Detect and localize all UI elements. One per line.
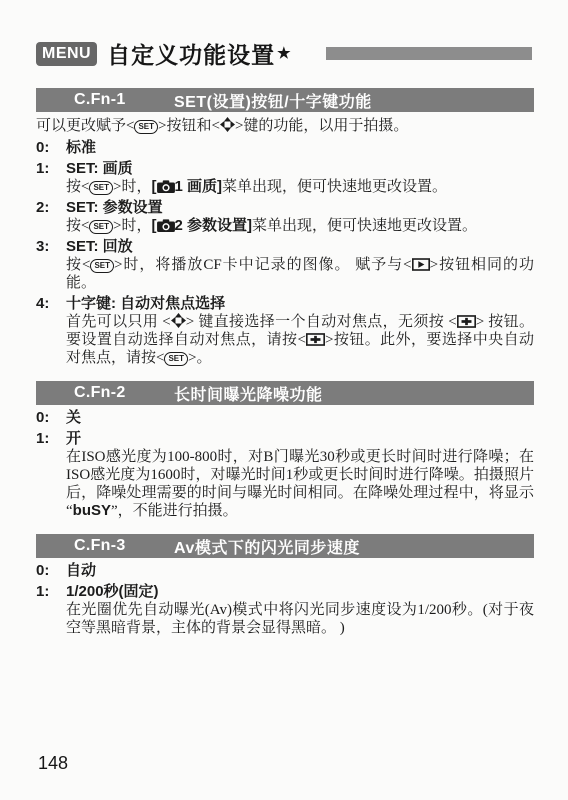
header-rule	[326, 47, 532, 60]
option-description: 在ISO感光度为100-800时，对B门曝光30秒或更长时间时进行降噪；在ISO…	[66, 448, 534, 520]
option-label: 标准	[66, 139, 534, 157]
set-button-icon: SET	[90, 259, 114, 273]
playback-button-icon	[412, 258, 430, 271]
camera-menu-icon	[157, 180, 175, 193]
option-body: 开 在ISO感光度为100-800时，对B门曝光30秒或更长时间时进行降噪；在I…	[66, 430, 534, 520]
page-content: MENU 自定义功能设置★ C.Fn-1 SET(设置)按钮/十字键功能 可以更…	[36, 40, 534, 637]
set-button-icon: SET	[134, 120, 158, 134]
option-number: 1:	[36, 160, 66, 196]
section-title: SET(设置)按钮/十字键功能	[174, 89, 372, 112]
option-row: 0: 关	[36, 409, 534, 427]
section-title: Av模式下的闪光同步速度	[174, 535, 360, 558]
section-intro: 可以更改赋予<SET>按钮和< >键的功能，以用于拍摄。	[36, 117, 534, 135]
option-body: 关	[66, 409, 534, 427]
cross-keys-icon	[171, 313, 186, 328]
section-bar: C.Fn-1 SET(设置)按钮/十字键功能	[36, 88, 534, 112]
option-number: 0:	[36, 139, 66, 157]
manual-page: MENU 自定义功能设置★ C.Fn-1 SET(设置)按钮/十字键功能 可以更…	[0, 0, 568, 800]
option-description: 按<SET>时，[ 1 画质]菜单出现，便可快速地更改设置。	[66, 178, 534, 196]
af-point-selection-icon	[306, 333, 325, 346]
option-number: 1:	[36, 583, 66, 637]
option-row: 1: 1/200秒(固定) 在光圈优先自动曝光(Av)模式中将闪光同步速度设为1…	[36, 583, 534, 637]
option-label: SET: 画质	[66, 160, 534, 178]
option-label: SET: 回放	[66, 238, 534, 256]
section-cfn-3: C.Fn-3 Av模式下的闪光同步速度 0: 自动 1: 1/200秒(固定) …	[36, 534, 534, 637]
option-label: 十字键: 自动对焦点选择	[66, 295, 534, 313]
option-body: 自动	[66, 562, 534, 580]
option-number: 0:	[36, 562, 66, 580]
star-icon: ★	[277, 45, 290, 62]
page-title: 自定义功能设置★	[107, 37, 290, 70]
page-number: 148	[38, 753, 68, 773]
section-bar: C.Fn-2 长时间曝光降噪功能	[36, 381, 534, 405]
option-body: SET: 参数设置 按<SET>时，[ 2 参数设置]菜单出现，便可快速地更改设…	[66, 199, 534, 235]
option-label: 开	[66, 430, 534, 448]
option-label: 1/200秒(固定)	[66, 583, 534, 601]
section-code: C.Fn-2	[74, 384, 174, 402]
option-row: 0: 自动	[36, 562, 534, 580]
af-point-selection-icon	[457, 315, 476, 328]
section-code: C.Fn-3	[74, 537, 174, 555]
option-label: SET: 参数设置	[66, 199, 534, 217]
page-header: MENU 自定义功能设置★	[36, 40, 534, 67]
section-code: C.Fn-1	[74, 91, 174, 109]
options-list: 0: 关 1: 开 在ISO感光度为100-800时，对B门曝光30秒或更长时间…	[36, 409, 534, 520]
option-row: 2: SET: 参数设置 按<SET>时，[ 2 参数设置]菜单出现，便可快速地…	[36, 199, 534, 235]
option-body: SET: 回放 按<SET>时，将播放CF卡中记录的图像。 赋予与< >按钮相同…	[66, 238, 534, 292]
options-list: 0: 标准 1: SET: 画质 按<SET>时，[ 1 画质]菜单出现，便可快…	[36, 139, 534, 367]
option-body: SET: 画质 按<SET>时，[ 1 画质]菜单出现，便可快速地更改设置。	[66, 160, 534, 196]
section-bar: C.Fn-3 Av模式下的闪光同步速度	[36, 534, 534, 558]
camera-menu-icon	[157, 219, 175, 232]
set-button-icon: SET	[89, 220, 113, 234]
option-description: 首先可以只用 < > 键直接选择一个自动对焦点，无须按 < > 按钮。要设置自动…	[66, 313, 534, 367]
options-list: 0: 自动 1: 1/200秒(固定) 在光圈优先自动曝光(Av)模式中将闪光同…	[36, 562, 534, 637]
section-title: 长时间曝光降噪功能	[174, 382, 323, 405]
option-row: 4: 十字键: 自动对焦点选择 首先可以只用 < > 键直接选择一个自动对焦点，…	[36, 295, 534, 367]
set-button-icon: SET	[164, 352, 188, 366]
option-description: 按<SET>时，将播放CF卡中记录的图像。 赋予与< >按钮相同的功能。	[66, 256, 534, 292]
option-label: 自动	[66, 562, 534, 580]
option-description: 按<SET>时，[ 2 参数设置]菜单出现，便可快速地更改设置。	[66, 217, 534, 235]
page-title-text: 自定义功能设置	[107, 42, 275, 68]
option-body: 十字键: 自动对焦点选择 首先可以只用 < > 键直接选择一个自动对焦点，无须按…	[66, 295, 534, 367]
cross-keys-icon	[220, 117, 235, 132]
option-body: 标准	[66, 139, 534, 157]
page-footer: 148	[38, 753, 68, 774]
option-number: 1:	[36, 430, 66, 520]
option-row: 0: 标准	[36, 139, 534, 157]
option-number: 4:	[36, 295, 66, 367]
option-number: 3:	[36, 238, 66, 292]
option-label: 关	[66, 409, 534, 427]
option-number: 2:	[36, 199, 66, 235]
set-button-icon: SET	[89, 181, 113, 195]
section-cfn-1: C.Fn-1 SET(设置)按钮/十字键功能 可以更改赋予<SET>按钮和< >…	[36, 88, 534, 367]
section-cfn-2: C.Fn-2 长时间曝光降噪功能 0: 关 1: 开 在ISO感光度为100-8…	[36, 381, 534, 520]
option-row: 1: 开 在ISO感光度为100-800时，对B门曝光30秒或更长时间时进行降噪…	[36, 430, 534, 520]
option-number: 0:	[36, 409, 66, 427]
option-body: 1/200秒(固定) 在光圈优先自动曝光(Av)模式中将闪光同步速度设为1/20…	[66, 583, 534, 637]
menu-badge: MENU	[36, 42, 97, 66]
option-row: 1: SET: 画质 按<SET>时，[ 1 画质]菜单出现，便可快速地更改设置…	[36, 160, 534, 196]
option-row: 3: SET: 回放 按<SET>时，将播放CF卡中记录的图像。 赋予与< >按…	[36, 238, 534, 292]
option-description: 在光圈优先自动曝光(Av)模式中将闪光同步速度设为1/200秒。(对于夜空等黑暗…	[66, 601, 534, 637]
